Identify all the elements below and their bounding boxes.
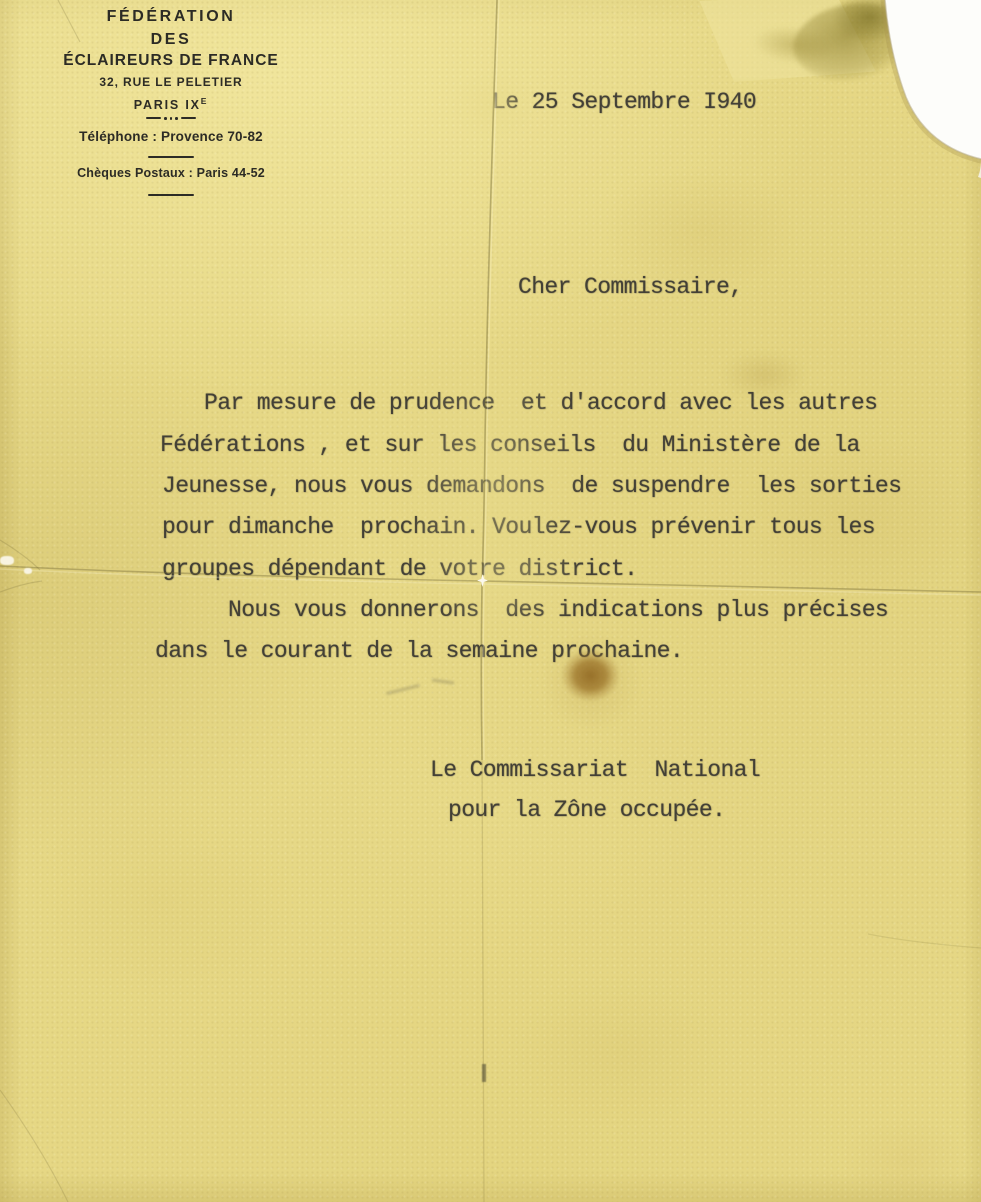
city-text: PARIS IX [134, 98, 201, 112]
body-line: dans le courant de la semaine prochaine. [155, 638, 683, 664]
paper-fleck [0, 556, 14, 565]
org-name-line2: DES [40, 31, 302, 49]
city-superscript: E [201, 96, 208, 106]
letterhead-divider [40, 194, 302, 196]
letterhead-divider [40, 156, 302, 158]
signature-line: pour la Zône occupée. [448, 797, 725, 823]
body-line: groupes dépendant de votre district. [162, 556, 637, 582]
salutation: Cher Commissaire, [518, 274, 742, 300]
body-line: Nous vous donnerons des indications plus… [228, 597, 888, 623]
body-line: Fédérations , et sur les conseils du Min… [160, 432, 860, 458]
crease-mark [482, 1064, 486, 1082]
org-name-line3: ÉCLAIREURS DE FRANCE [40, 52, 302, 70]
letterhead-city: PARIS IXE [40, 96, 302, 112]
date-line: Le 25 Septembre I940 [492, 89, 756, 115]
tape-residue-patch [694, 0, 876, 82]
body-line: pour dimanche prochain. Voulez-vous prév… [162, 514, 875, 540]
body-line: Par mesure de prudence et d'accord avec … [204, 390, 877, 416]
pencil-smudge [386, 684, 420, 695]
body-line: Jeunesse, nous vous demandons de suspend… [162, 473, 901, 499]
letterhead-phone: Téléphone : Provence 70-82 [40, 129, 302, 144]
letter-page: FÉDÉRATION DES ÉCLAIREURS DE FRANCE 32, … [0, 0, 981, 1202]
org-name-line1: FÉDÉRATION [40, 8, 302, 26]
paper-fleck [24, 568, 32, 574]
letterhead-divider-dotted [40, 117, 302, 120]
signature-line: Le Commissariat National [430, 757, 760, 783]
letterhead-address: 32, RUE LE PELETIER [40, 75, 302, 89]
pencil-smudge [432, 678, 454, 684]
letterhead-postal: Chèques Postaux : Paris 44-52 [40, 166, 302, 180]
